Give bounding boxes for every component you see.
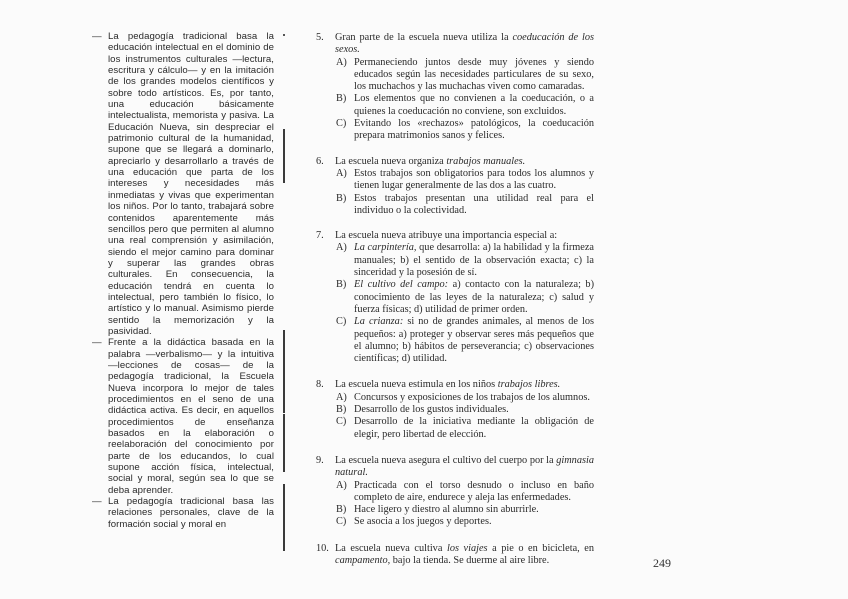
option-letter: A) [336, 480, 347, 492]
option-letter: C) [336, 316, 346, 328]
right-column: 5. Gran parte de la escuela nueva utiliz… [316, 32, 594, 567]
option-text: Se asocia a los juegos y deportes. [354, 516, 492, 527]
stem-text: Gran parte de la escuela nueva utiliza l… [335, 32, 512, 43]
question-number: 10. [316, 543, 329, 555]
page-number: 249 [653, 556, 671, 571]
option-letter: C) [336, 118, 346, 130]
stem-italic: campamento, [335, 555, 390, 566]
option-letter: B) [336, 93, 346, 105]
question-7: 7. La escuela nueva atribuye una importa… [316, 230, 594, 365]
question-6: 6. La escuela nueva organiza trabajos ma… [316, 156, 594, 217]
question-5: 5. Gran parte de la escuela nueva utiliz… [316, 32, 594, 143]
paragraph-text: Frente a la didáctica basada en la palab… [108, 337, 274, 495]
option-a: A)La carpintería, que desarrolla: a) la … [335, 242, 594, 279]
left-paragraph-1: — La pedagogía tradicional basa la educa… [92, 31, 274, 337]
stem-text: La escuela nueva organiza [335, 156, 446, 167]
option-letter: A) [336, 242, 347, 254]
option-text: Desarrollo de la iniciativa mediante la … [354, 416, 594, 439]
option-a: A)Practicada con el torso desnudo o incl… [335, 480, 594, 505]
question-number: 9. [316, 455, 324, 467]
question-stem: La escuela nueva estimula en los niños t… [335, 379, 594, 391]
question-number: 8. [316, 379, 324, 391]
question-number: 6. [316, 156, 324, 168]
question-number: 7. [316, 230, 324, 242]
em-dash-marker: — [92, 337, 102, 348]
paragraph-text: La pedagogía tradicional basa las relaci… [108, 496, 274, 530]
option-a: A)Estos trabajos son obligatorios para t… [335, 168, 594, 193]
option-b: B)Los elementos que no convienen a la co… [335, 93, 594, 118]
option-letter: B) [336, 404, 346, 416]
option-c: C)La crianza: si no de grandes animales,… [335, 316, 594, 365]
option-text: Practicada con el torso desnudo o inclus… [354, 480, 594, 503]
option-a: A)Concursos y exposiciones de los trabaj… [335, 392, 594, 404]
option-italic-lead: La crianza: [354, 316, 403, 327]
option-italic-lead: La carpintería, [354, 242, 416, 253]
stem-italic: trabajos manuales. [446, 156, 525, 167]
question-stem: La escuela nueva organiza trabajos manua… [335, 156, 594, 168]
option-c: C)Desarrollo de la iniciativa mediante l… [335, 416, 594, 441]
option-b: B)Hace ligero y diestro al alumno sin ab… [335, 504, 594, 516]
option-letter: A) [336, 392, 347, 404]
option-letter: C) [336, 416, 346, 428]
stem-italic: trabajos libres. [498, 379, 561, 390]
question-number: 5. [316, 32, 324, 44]
left-column: — La pedagogía tradicional basa la educa… [92, 31, 274, 530]
left-paragraph-3: — La pedagogía tradicional basa las rela… [92, 496, 274, 530]
stem-text: a pie o en bicicleta, en [488, 543, 594, 554]
option-letter: B) [336, 504, 346, 516]
option-letter: A) [336, 168, 347, 180]
stem-text: La escuela nueva cultiva [335, 543, 447, 554]
question-10: 10. La escuela nueva cultiva los viajes … [316, 543, 594, 568]
option-text: Desarrollo de los gustos individuales. [354, 404, 509, 415]
margin-rule [283, 509, 285, 551]
em-dash-marker: — [92, 31, 102, 42]
option-c: C)Se asocia a los juegos y deportes. [335, 516, 594, 528]
option-text: Concursos y exposiciones de los trabajos… [354, 392, 590, 403]
question-8: 8. La escuela nueva estimula en los niño… [316, 379, 594, 440]
stem-text: La escuela nueva asegura el cultivo del … [335, 455, 556, 466]
question-9: 9. La escuela nueva asegura el cultivo d… [316, 455, 594, 529]
margin-rule [283, 129, 285, 183]
em-dash-marker: — [92, 496, 102, 507]
stem-text: La escuela nueva atribuye una importanci… [335, 230, 557, 241]
stem-text: La escuela nueva estimula en los niños [335, 379, 498, 390]
option-letter: A) [336, 57, 347, 69]
stem-italic: los viajes [447, 543, 488, 554]
option-text: Hace ligero y diestro al alumno sin abur… [354, 504, 539, 515]
question-stem: La escuela nueva cultiva los viajes a pi… [335, 543, 594, 568]
question-stem: La escuela nueva atribuye una importanci… [335, 230, 594, 242]
option-text: Estos trabajos son obligatorios para tod… [354, 168, 594, 191]
option-b: B)Desarrollo de los gustos individuales. [335, 404, 594, 416]
margin-rule [283, 414, 285, 472]
option-text: Los elementos que no convienen a la coed… [354, 93, 594, 116]
option-a: A)Permaneciendo juntos desde muy jóvenes… [335, 57, 594, 94]
option-b: B)El cultivo del campo: a) contacto con … [335, 279, 594, 316]
margin-mark [283, 34, 285, 36]
left-paragraph-2: — Frente a la didáctica basada en la pal… [92, 337, 274, 496]
option-letter: B) [336, 193, 346, 205]
stem-text: bajo la tienda. Se duerme al aire libre. [390, 555, 549, 566]
option-letter: B) [336, 279, 346, 291]
margin-rule [283, 330, 285, 413]
question-stem: Gran parte de la escuela nueva utiliza l… [335, 32, 594, 57]
option-c: C)Evitando los «rechazos» patológicos, l… [335, 118, 594, 143]
option-text: Estos trabajos presentan una utilidad re… [354, 193, 594, 216]
option-italic-lead: El cultivo del campo: [354, 279, 448, 290]
option-text: Permaneciendo juntos desde muy jóvenes y… [354, 57, 594, 93]
option-b: B)Estos trabajos presentan una utilidad … [335, 193, 594, 218]
paragraph-text: La pedagogía tradicional basa la educaci… [108, 31, 274, 337]
option-text: Evitando los «rechazos» patológicos, la … [354, 118, 594, 141]
option-letter: C) [336, 516, 346, 528]
question-stem: La escuela nueva asegura el cultivo del … [335, 455, 594, 480]
